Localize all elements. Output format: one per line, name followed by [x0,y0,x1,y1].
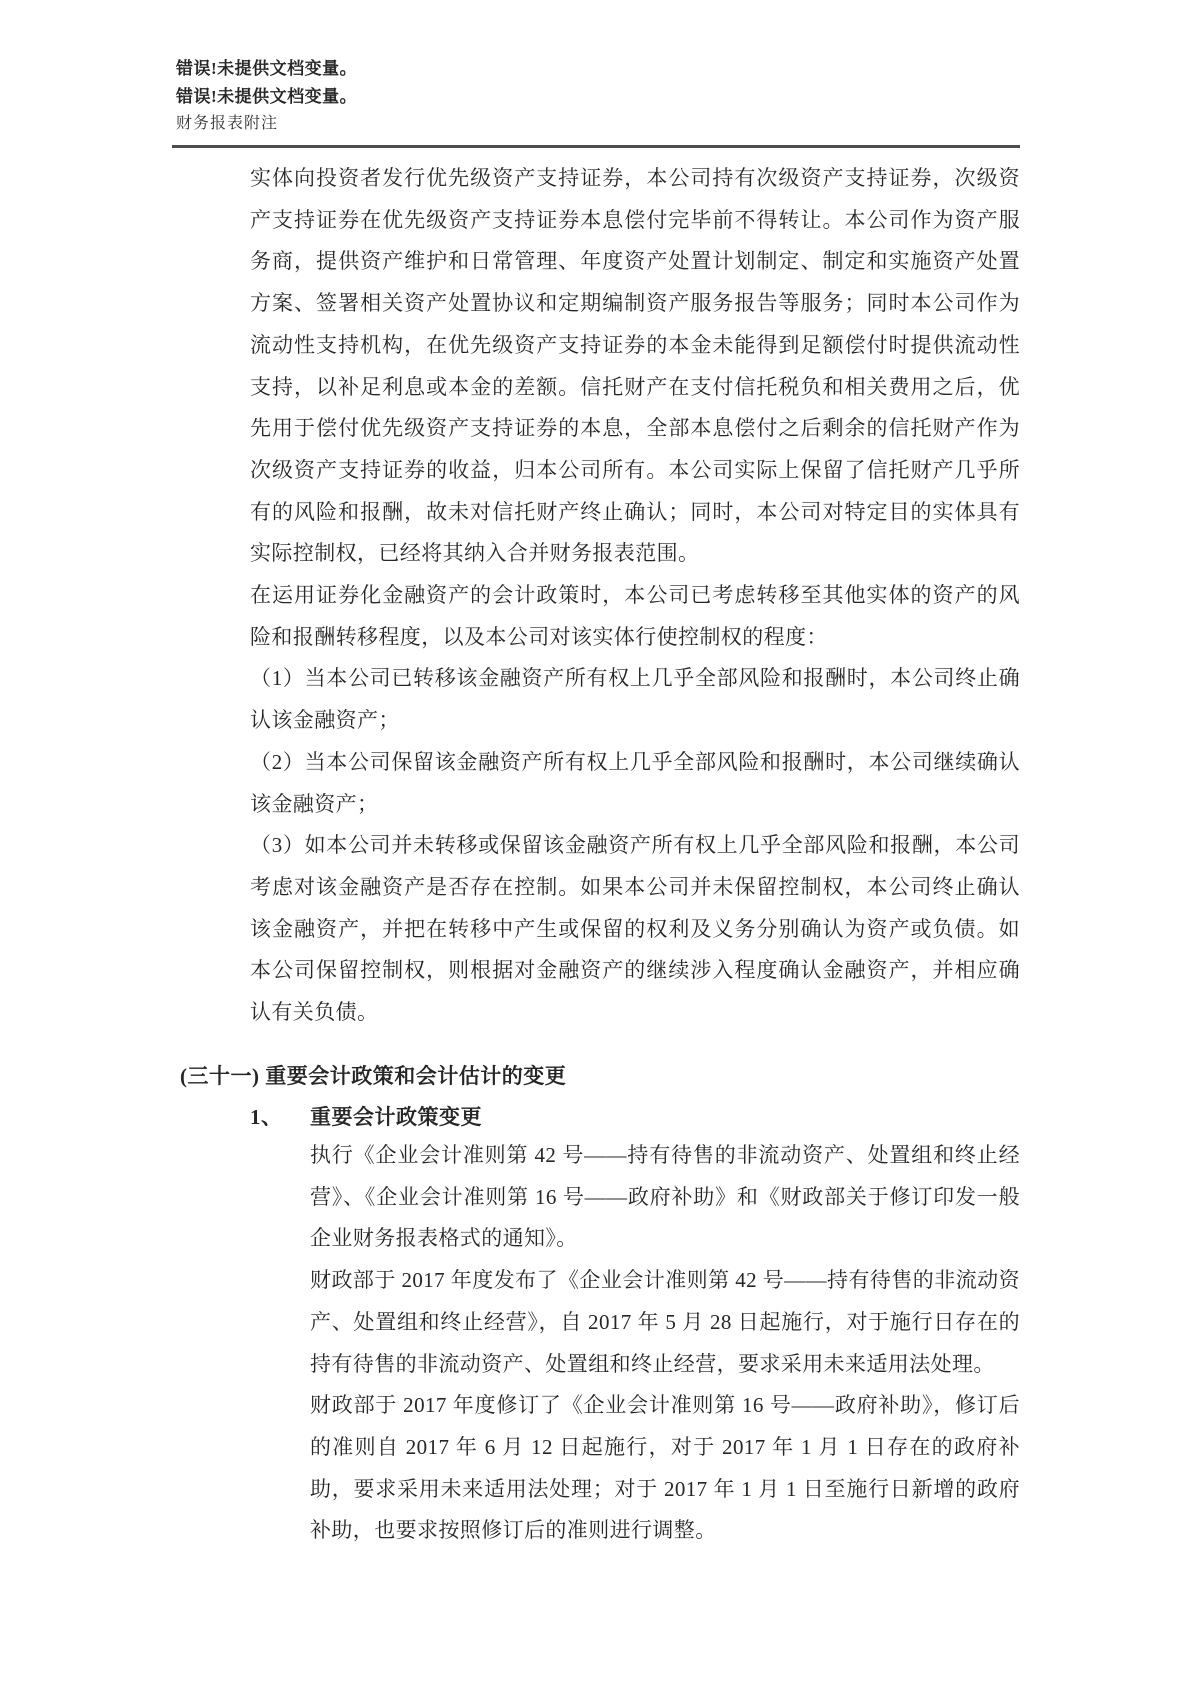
subsection-number: 1、 [250,1101,310,1131]
section-title: 重要会计政策和会计估计的变更 [265,1064,566,1088]
list-item-1: （1）当本公司已转移该金融资产所有权上几乎全部风险和报酬时，本公司终止确认该金融… [250,658,1020,741]
paragraph-standards-adopted: 执行《企业会计准则第 42 号——持有待售的非流动资产、处置组和终止经营》、《企… [310,1135,1020,1260]
paragraph-policy-intro: 在运用证券化金融资产的会计政策时，本公司已考虑转移至其他实体的资产的风险和报酬转… [250,575,1020,658]
subsection-title: 重要会计政策变更 [310,1105,482,1129]
section-heading: (三十一) 重要会计政策和会计估计的变更 [180,1060,566,1090]
list-item-2: （2）当本公司保留该金融资产所有权上几乎全部风险和报酬时，本公司继续确认该金融资… [250,742,1020,825]
paragraph-cas42: 财政部于 2017 年度发布了《企业会计准则第 42 号——持有待售的非流动资产… [310,1260,1020,1385]
section-number: (三十一) [180,1064,260,1088]
subsection-text-block: 执行《企业会计准则第 42 号——持有待售的非流动资产、处置组和终止经营》、《企… [310,1135,1020,1552]
header-doc-title: 财务报表附注 [176,110,357,138]
subsection-heading: 1、重要会计政策变更 [250,1101,482,1131]
header-divider [172,145,1020,148]
header-error-line-1: 错误!未提供文档变量。 [176,55,357,83]
paragraph-securitization: 实体向投资者发行优先级资产支持证券，本公司持有次级资产支持证券，次级资产支持证券… [250,158,1020,575]
document-page: 错误!未提供文档变量。 错误!未提供文档变量。 财务报表附注 实体向投资者发行优… [0,0,1200,1697]
header-error-line-2: 错误!未提供文档变量。 [176,83,357,111]
list-item-3: （3）如本公司并未转移或保留该金融资产所有权上几乎全部风险和报酬，本公司考虑对该… [250,825,1020,1034]
main-text-block: 实体向投资者发行优先级资产支持证券，本公司持有次级资产支持证券，次级资产支持证券… [250,158,1020,1034]
page-header: 错误!未提供文档变量。 错误!未提供文档变量。 财务报表附注 [176,55,357,138]
paragraph-cas16: 财政部于 2017 年度修订了《企业会计准则第 16 号——政府补助》，修订后的… [310,1385,1020,1552]
